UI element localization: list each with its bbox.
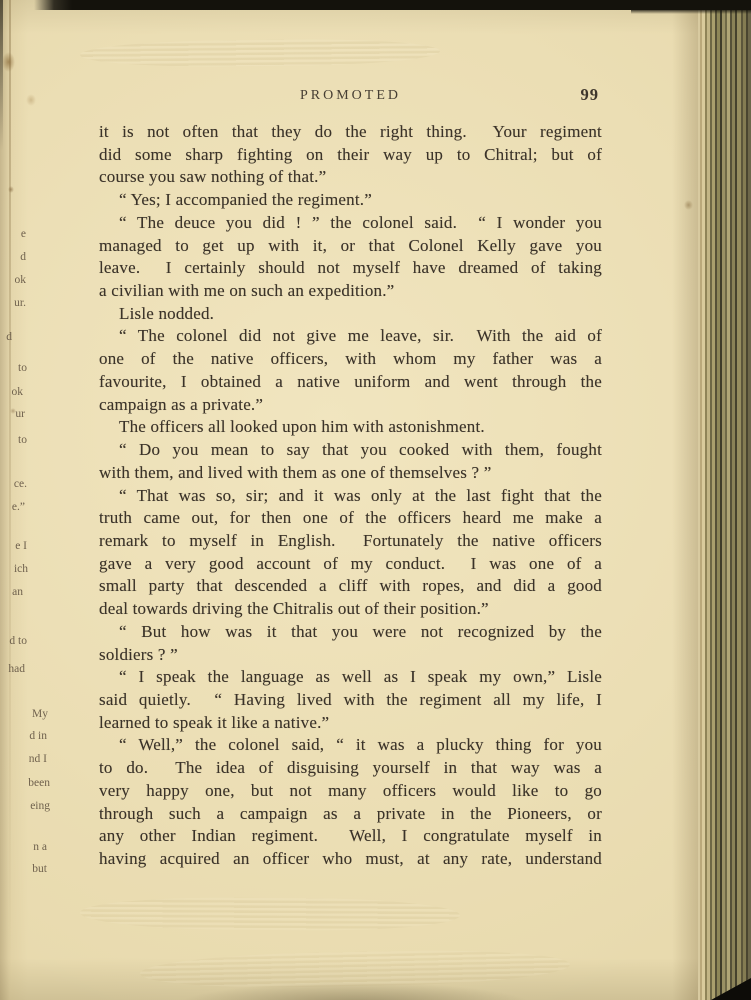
text-line: said quietly. “ Having lived with the re… — [99, 689, 602, 712]
text-line: deal towards driving the Chitralis out o… — [99, 598, 602, 621]
text-line: “ I speak the language as well as I spea… — [99, 666, 602, 689]
running-title: PROMOTED — [100, 88, 601, 104]
bottom-page-curl-shadow — [140, 966, 570, 1000]
paper-stain — [8, 186, 14, 193]
facing-page-text-fragment: My — [0, 708, 48, 720]
facing-page-text-fragment: been — [0, 777, 50, 789]
facing-page-text-fragment: to — [0, 434, 27, 446]
text-line: small party that descended a cliff with … — [99, 575, 602, 598]
text-line: learned to speak it like a native.” — [99, 712, 602, 735]
text-line: it is not often that they do the right t… — [99, 121, 602, 144]
text-line: “ Well,” the colonel said, “ it was a pl… — [99, 734, 602, 757]
page-header: PROMOTED 99 — [100, 88, 601, 108]
facing-page-text-fragment: but — [0, 863, 47, 875]
text-line: remark to myself in English. Fortunately… — [99, 530, 602, 553]
facing-page-text-fragment: to — [0, 362, 27, 374]
text-line: The officers all looked upon him with as… — [99, 416, 602, 439]
text-line: “ The deuce you did ! ” the colonel said… — [99, 212, 602, 235]
page-right-shadow — [672, 0, 698, 1000]
scanned-book-page: PROMOTED 99 it is not often that they do… — [0, 0, 751, 1000]
text-line: with them, and lived with them as one of… — [99, 462, 602, 485]
paper-stain — [26, 94, 36, 106]
facing-page-text-fragment: ich — [0, 563, 28, 575]
text-line: truth came out, for then one of the offi… — [99, 507, 602, 530]
text-line: gave a very good account of my conduct. … — [99, 553, 602, 576]
facing-page-text-fragment: e — [0, 228, 26, 240]
text-line: “ That was so, sir; and it was only at t… — [99, 485, 602, 508]
page-edge-streaks-top — [80, 38, 440, 68]
text-line: one of the native officers, with whom my… — [99, 348, 602, 371]
facing-page-text-fragment: d — [0, 331, 12, 343]
text-line: having acquired an officer who must, at … — [99, 848, 602, 871]
body-text: it is not often that they do the right t… — [99, 121, 602, 871]
left-edge-shadow — [0, 0, 3, 150]
text-line: “ The colonel did not give me leave, sir… — [99, 325, 602, 348]
page-number: 99 — [581, 85, 600, 105]
facing-page-text-fragment: d to — [0, 635, 27, 647]
facing-page-text-fragment: nd I — [0, 753, 47, 765]
facing-page-text-fragment: had — [0, 663, 25, 675]
text-line: soldiers ? ” — [99, 644, 602, 667]
facing-page-text-fragment: ok — [0, 386, 23, 398]
facing-page-text-fragment: ur. — [0, 297, 26, 309]
text-line: leave. I certainly should not myself hav… — [99, 257, 602, 280]
facing-page-text-fragment: e.” — [0, 501, 25, 513]
facing-page-text-fragment: e I — [0, 540, 27, 552]
text-line: “ But how was it that you were not recog… — [99, 621, 602, 644]
facing-page-text-fragment: n a — [0, 841, 47, 853]
text-line: a civilian with me on such an expedition… — [99, 280, 602, 303]
text-line: any other Indian regiment. Well, I congr… — [99, 825, 602, 848]
paper-stain — [684, 200, 693, 210]
text-line: favourite, I obtained a native uniform a… — [99, 371, 602, 394]
facing-page-text-fragment: d in — [0, 730, 47, 742]
text-line: through such a campaign as a private in … — [99, 803, 602, 826]
fore-edge-page-stack — [698, 0, 751, 1000]
facing-page-text-fragment: d — [0, 251, 26, 263]
text-line: campaign as a private.” — [99, 394, 602, 417]
paper-stain — [2, 52, 15, 72]
text-line: “ Yes; I accompanied the regiment.” — [99, 189, 602, 212]
text-line: Lisle nodded. — [99, 303, 602, 326]
facing-page-text-fragment: ok — [0, 274, 26, 286]
text-line: course you saw nothing of that.” — [99, 166, 602, 189]
top-black-band — [0, 0, 751, 10]
text-line: “ Do you mean to say that you cooked wit… — [99, 439, 602, 462]
text-line: managed to get up with it, or that Colon… — [99, 235, 602, 258]
text-line: very happy one, but not many officers wo… — [99, 780, 602, 803]
text-line: did some sharp fighting on their way up … — [99, 144, 602, 167]
facing-page-text-fragment: ce. — [0, 478, 27, 490]
page-edge-streaks-bottom — [80, 897, 460, 932]
facing-page-text-fragment: eing — [0, 800, 50, 812]
facing-page-text-fragment: ur — [0, 408, 25, 420]
text-line: to do. The idea of disguising yourself i… — [99, 757, 602, 780]
facing-page-text-fragment: an — [0, 586, 23, 598]
